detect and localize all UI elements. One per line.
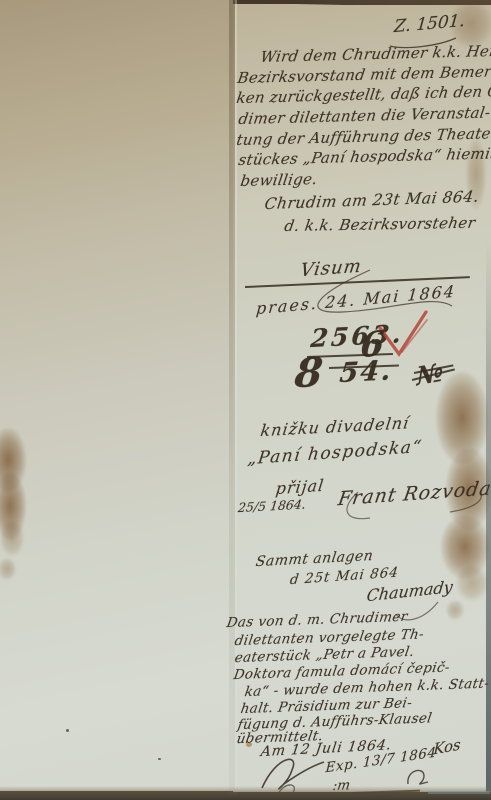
paper-speck xyxy=(66,729,69,732)
tally-denominator-left: 8 xyxy=(293,349,325,398)
photo-edge-right xyxy=(486,240,491,800)
receipt-line-3: přijal xyxy=(275,476,326,499)
foxing-stain xyxy=(0,520,24,556)
expedit-loop-flourish xyxy=(404,766,430,788)
document-photo: Z. 1501. Wird dem Chrudimer k.k. Herrn B… xyxy=(0,0,491,800)
tally-denominator-right: 54. xyxy=(338,355,394,389)
signature-swash-flourish xyxy=(330,482,490,530)
paper-speck xyxy=(158,758,161,760)
photo-edge-bottom xyxy=(0,786,491,800)
foxing-stain xyxy=(456,565,488,601)
approval-signer: d. k.k. Bezirksvorsteher xyxy=(283,214,477,235)
approval-note-line: bewillige. xyxy=(239,170,318,190)
photo-edge-blue-line xyxy=(428,791,490,794)
photo-edge-top xyxy=(295,0,491,5)
blank-facing-page xyxy=(0,0,233,791)
